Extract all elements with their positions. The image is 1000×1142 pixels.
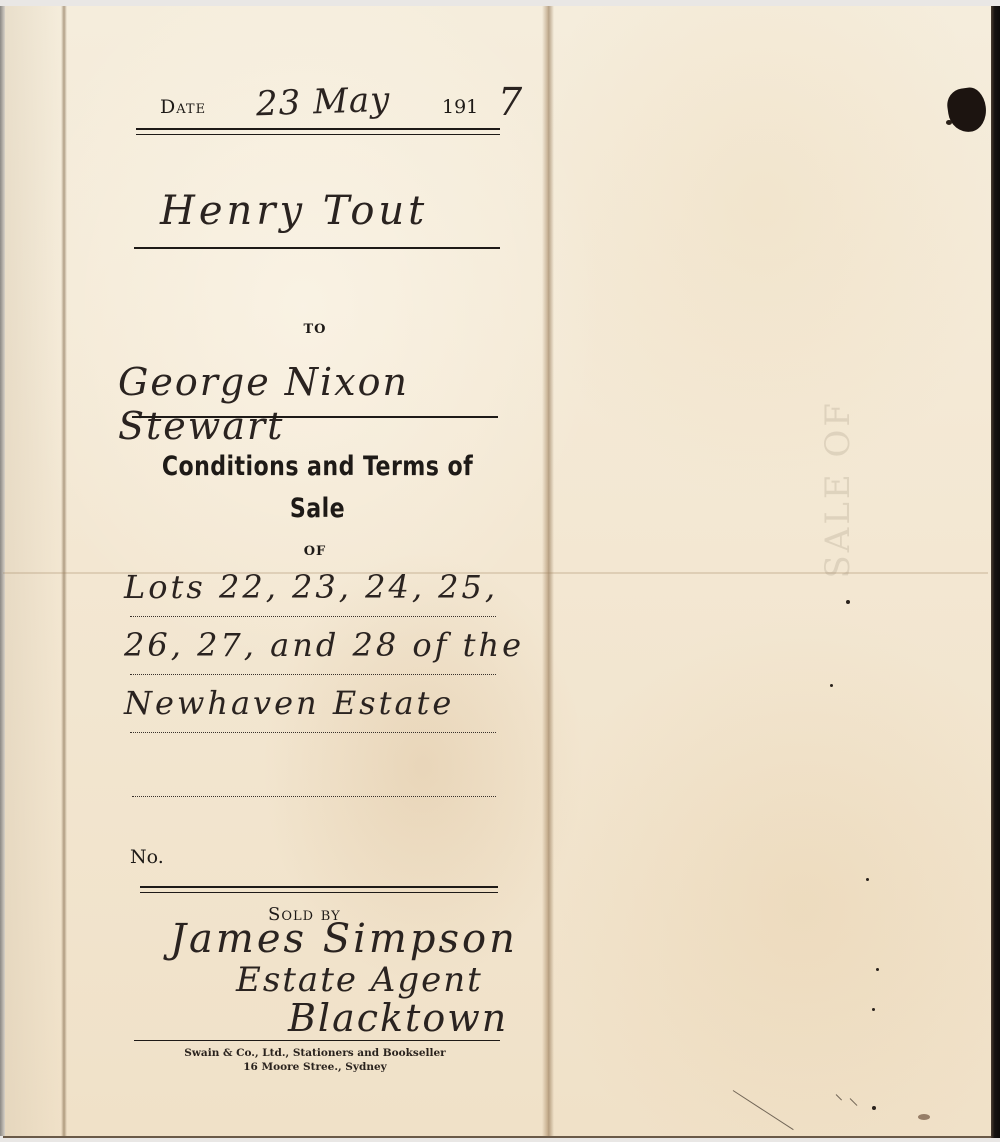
property-line-1: Lots 22, 23, 24, 25, (124, 568, 498, 606)
property-line-2: 26, 27, and 28 of the (124, 626, 524, 664)
ink-speck (876, 968, 879, 971)
property-line-3: Newhaven Estate (124, 684, 454, 722)
ink-speck (872, 1008, 875, 1011)
ink-speck (946, 120, 952, 125)
title-line-2: Sale (156, 488, 480, 530)
title-line-1: Conditions and Terms of (156, 446, 480, 488)
date-handwritten-value: 23 May (255, 80, 391, 125)
agent-title: Estate Agent (236, 960, 483, 1000)
printer-imprint: Swain & Co., Ltd., Stationers and Bookse… (120, 1046, 510, 1074)
stain (918, 1114, 930, 1120)
property-rule-2 (130, 674, 496, 675)
date-year-printed: 191 (442, 96, 478, 118)
to-label: TO (120, 322, 510, 337)
date-year-handwritten: 7 (498, 80, 522, 124)
purchaser-name: George Nixon Stewart (118, 360, 520, 448)
left-fold-crease (61, 6, 67, 1136)
agent-name: James Simpson (170, 916, 518, 962)
right-dark-edge (991, 6, 1000, 1138)
imprint-line-2: 16 Moore Stree., Sydney (120, 1060, 510, 1074)
vendor-underline (134, 247, 500, 249)
left-flap (5, 6, 63, 1136)
center-fold-crease (542, 6, 554, 1136)
imprint-line-1: Swain & Co., Ltd., Stationers and Bookse… (120, 1046, 510, 1060)
date-underline (136, 128, 500, 135)
property-rule-3 (130, 732, 496, 733)
ink-speck (846, 600, 850, 604)
date-label: Date (160, 96, 206, 118)
agent-underline (134, 1040, 500, 1041)
sale-form-front: Date 23 May 191 7 Henry Tout TO George N… (120, 60, 520, 1090)
vendor-name: Henry Tout (160, 188, 428, 234)
property-rule-1 (130, 616, 496, 617)
number-label: No. (130, 846, 164, 868)
back-panel-showthrough-text: SALE OF (818, 400, 858, 579)
document-title: Conditions and Terms of Sale (156, 446, 480, 530)
ink-speck (866, 878, 869, 881)
date-row: Date 23 May 191 7 (136, 82, 520, 134)
property-rule-4 (132, 796, 496, 797)
ink-speck (830, 684, 833, 687)
number-underline (140, 886, 498, 893)
agent-location: Blacktown (288, 996, 508, 1040)
scanned-document: SALE OF Date 23 May 191 7 Henry Tout TO … (0, 0, 1000, 1142)
ink-speck (872, 1106, 876, 1110)
of-label: OF (120, 544, 510, 559)
purchaser-underline (132, 416, 498, 418)
